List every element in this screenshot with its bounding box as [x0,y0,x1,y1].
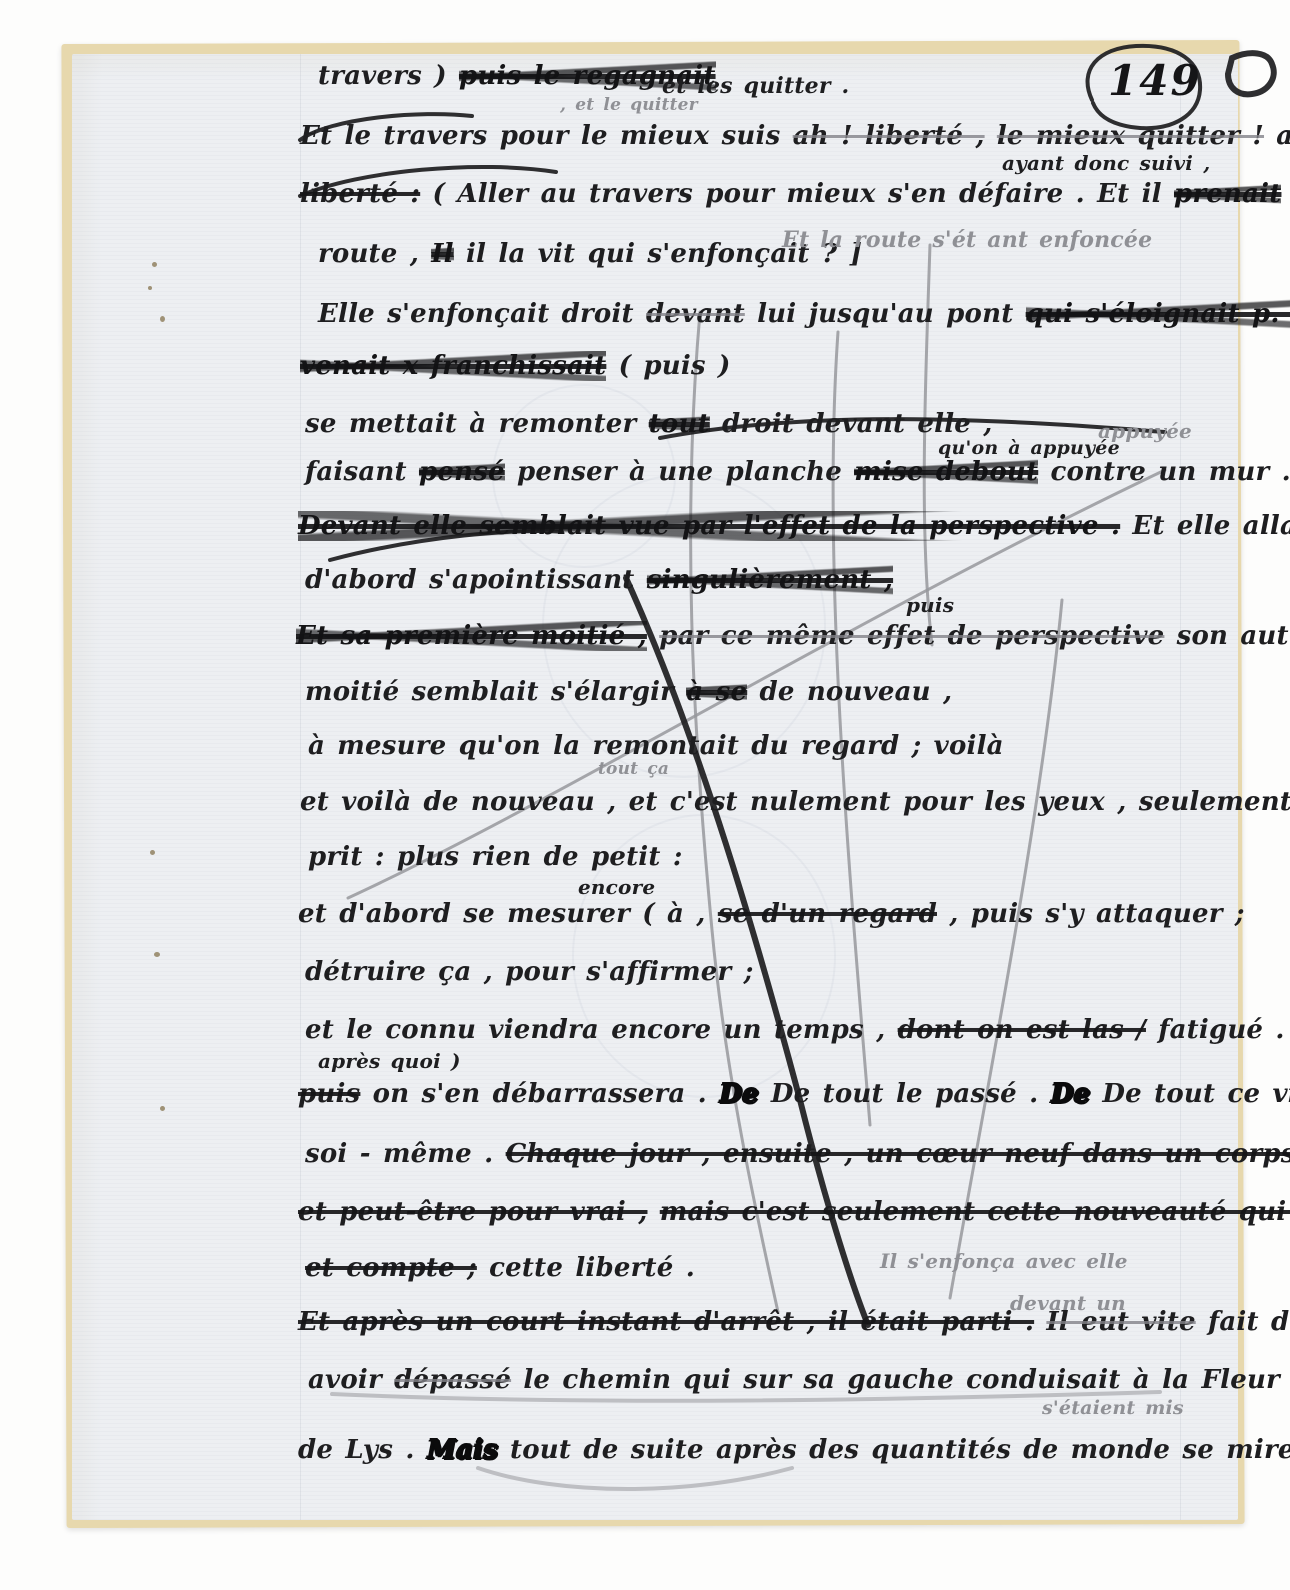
text-segment-pencil: tout ça [598,759,669,779]
text-segment-scribble: pensé [419,457,505,487]
text-segment-ink: , puis s'y attaquer ; [937,899,1245,929]
manuscript-line: d'abord s'apointissant singulièrement , [305,566,893,595]
text-segment-strike: mais c'est seulement cette nouveauté qui… [660,1197,1290,1227]
text-segment-ink: ( Aller au travers pour mieux s'en défai… [420,179,1174,209]
text-segment-ink: droit devant elle , [710,409,993,439]
text-segment-scribble: mise debout [854,457,1038,487]
paper-spot [150,850,155,855]
text-segment-ink: soi - même . [305,1139,506,1169]
pencil-note: tout ça [598,760,669,779]
text-segment-ink: lui jusqu'au pont [745,299,1026,329]
manuscript-line: et peut-être pour vrai , mais c'est seul… [298,1198,1290,1227]
paper-spot [152,262,157,267]
text-segment-ink: avoir [308,1365,394,1395]
text-segment-scribble: singulièrement , [647,565,893,595]
manuscript-line: se mettait à remonter tout droit devant … [305,410,993,439]
paper-spot [148,286,152,290]
text-segment-pstrike: ah ! liberté , [793,121,985,151]
manuscript-line: de Lys . Mais tout de suite après des qu… [298,1436,1290,1465]
interline-note: après quoi ) [318,1050,461,1072]
manuscript-line: avoir dépassé le chemin qui sur sa gauch… [308,1366,1280,1395]
pencil-note: Et la route s'ét ant enfoncée [782,228,1152,252]
text-segment-ink: de Lys . [298,1435,427,1465]
manuscript-line: puis on s'en débarrassera . De De tout l… [298,1080,1290,1109]
text-segment-scribble: à se [686,677,747,707]
text-segment-ink: travers ) [318,61,459,91]
manuscript-line: faisant pensé penser à une planche mise … [305,458,1290,487]
text-segment-ink: et voilà de nouveau , et c'est nulement … [300,787,1290,817]
text-segment-scribble: qui s'éloignait p. delà [1026,299,1290,329]
text-segment-scribble: venait x franchissait [300,351,606,381]
text-segment-ink: et d'abord se mesurer ( à , [298,899,718,929]
text-segment-ink: après quoi ) [318,1049,461,1073]
manuscript-line: et voilà de nouveau , et c'est nulement … [300,788,1290,817]
text-segment-blot: De [1051,1079,1091,1109]
manuscript-line: Elle s'enfonçait droit devant lui jusqu'… [318,300,1290,329]
text-segment-strike: dont on est las / [898,1015,1146,1045]
text-segment-ink: et le connu viendra encore un temps , [305,1015,898,1045]
text-segment-ink: ( la [1281,179,1290,209]
manuscript-line: détruire ça , pour s'affirmer ; [305,958,754,987]
interline-note: qu'on à appuyée [938,438,1120,459]
text-segment-pstrike: par ce même effet de perspective [659,621,1164,651]
text-segment-pencil: appuyée [1098,419,1192,443]
text-segment-ink: Et le travers pour le mieux suis [300,121,793,151]
text-segment-ink: de nouveau , [747,677,952,707]
interline-note: et les quitter . [662,74,849,98]
text-segment-ink: fait d' [1196,1307,1290,1337]
text-segment-strike: se d'un regard [718,899,937,929]
manuscript-line: et d'abord se mesurer ( à , se d'un rega… [298,900,1245,929]
manuscript-scan: 149 travers ) puis le regagnait, et le q… [0,0,1290,1590]
text-segment-pencil: Il s'enfonça avec elle [880,1249,1128,1273]
text-segment-ink: fatigué . [1146,1015,1285,1045]
manuscript-line: Et sa première moitié , par ce même effe… [296,622,1290,651]
text-segment-pstrike: Il eut vite [1046,1307,1195,1337]
paper-spot [160,316,165,322]
text-segment-ink: et les quitter . [662,73,849,99]
paper-spot [160,1106,165,1111]
text-segment-ink: route , [318,239,431,269]
pencil-note: Il s'enfonça avec elle [880,1250,1128,1272]
manuscript-line: et le connu viendra encore un temps , do… [305,1016,1285,1045]
text-segment-scribble: Devant elle semblait vue par l'effet de … [298,511,1120,541]
manuscript-line: Et le travers pour le mieux suis ah ! li… [300,122,1290,151]
text-segment-ink [647,1197,659,1227]
text-segment-pencil: Et la route s'ét ant enfoncée [782,227,1152,253]
text-segment-ink [985,121,997,151]
interline-note: puis [906,594,954,616]
text-segment-strike: et compte ; [305,1253,477,1283]
paper-spot [154,952,160,957]
text-segment-ink: De tout le passé . [759,1079,1051,1109]
text-segment-ink: détruire ça , pour s'affirmer ; [305,957,754,987]
manuscript-line: prit : plus rien de petit : [308,843,683,872]
manuscript-line: route , Il il la vit qui s'enfonçait ? ] [318,240,862,269]
pencil-note: appuyée [1098,420,1192,442]
text-segment-ink: ah ! [1264,121,1290,151]
text-segment-scribble: prenait [1174,179,1281,209]
text-segment-ink: tout de suite après des quantités de mon… [498,1435,1290,1465]
text-segment-ink: faisant [305,457,419,487]
text-segment-ink: prit : plus rien de petit : [308,842,683,872]
text-segment-ink: encore [578,875,655,899]
text-segment-pstrike: devant [646,299,745,329]
text-segment-ink: ( puis ) [606,351,730,381]
text-segment-ink: qu'on à appuyée [938,437,1120,459]
text-segment-ink: se mettait à remonter [305,409,649,439]
manuscript-line: Devant elle semblait vue par l'effet de … [298,512,1290,541]
text-segment-ink: ayant donc suivi , [1002,151,1210,175]
text-segment-pstrike: le mieux quitter ! [997,121,1264,151]
text-segment-ink: penser à une planche [505,457,854,487]
text-segment-ink: on s'en débarrassera . [360,1079,719,1109]
text-segment-ink: puis [906,593,954,617]
manuscript-line: à mesure qu'on la remontait du regard ; … [308,732,1004,761]
text-segment-ink [647,621,659,651]
page-number-value: 149 [1108,56,1202,105]
interline-note: ayant donc suivi , [1002,152,1210,174]
manuscript-line: soi - même . Chaque jour , ensuite , un … [305,1140,1290,1169]
pencil-note: s'étaient mis [1042,1398,1184,1419]
interline-note: encore [578,876,655,898]
manuscript-line: moitié semblait s'élargir à se de nouvea… [305,678,952,707]
text-segment-ink: De tout ce vieux [1090,1079,1290,1109]
text-segment-pstrike: dépassé [394,1365,511,1395]
text-segment-strike: puis [298,1079,360,1109]
text-segment-blot: Mais [427,1435,498,1465]
manuscript-line: et compte ; cette liberté . [305,1254,695,1283]
text-segment-scribble: Et sa première moitié , [296,621,647,651]
text-segment-strike: liberté : [300,179,420,209]
text-segment-strike: Et après un court instant d'arrêt , il é… [298,1307,1034,1337]
text-segment-ink: le chemin qui sur sa gauche conduisait à… [511,1365,1280,1395]
text-segment-ink: d'abord s'apointissant [305,565,647,595]
text-segment-blot: De [719,1079,759,1109]
manuscript-line: Et après un court instant d'arrêt , il é… [298,1308,1290,1337]
text-segment-ink: moitié semblait s'élargir [305,677,686,707]
text-segment-ink: contre un mur . [1038,457,1290,487]
text-segment-pencil: s'étaient mis [1042,1397,1184,1419]
manuscript-line: travers ) puis le regagnait [318,62,716,91]
text-segment-strike: Chaque jour , ensuite , un cœur neuf dan… [506,1139,1290,1169]
text-segment-ink: Elle s'enfonçait droit [318,299,646,329]
text-segment-ink: cette liberté . [477,1253,695,1283]
text-segment-ink: à mesure qu'on la remontait du regard ; … [308,731,1004,761]
manuscript-line: liberté : ( Aller au travers pour mieux … [300,180,1290,209]
text-segment-scribble: tout [649,409,710,439]
text-segment-scribble: Il [431,239,453,269]
manuscript-line: venait x franchissait ( puis ) [300,352,731,381]
text-segment-ink: Et elle allait [1120,511,1290,541]
text-segment-ink: son autre [1164,621,1290,651]
text-segment-strike: et peut-être pour vrai , [298,1197,647,1227]
text-segment-ink [1034,1307,1046,1337]
